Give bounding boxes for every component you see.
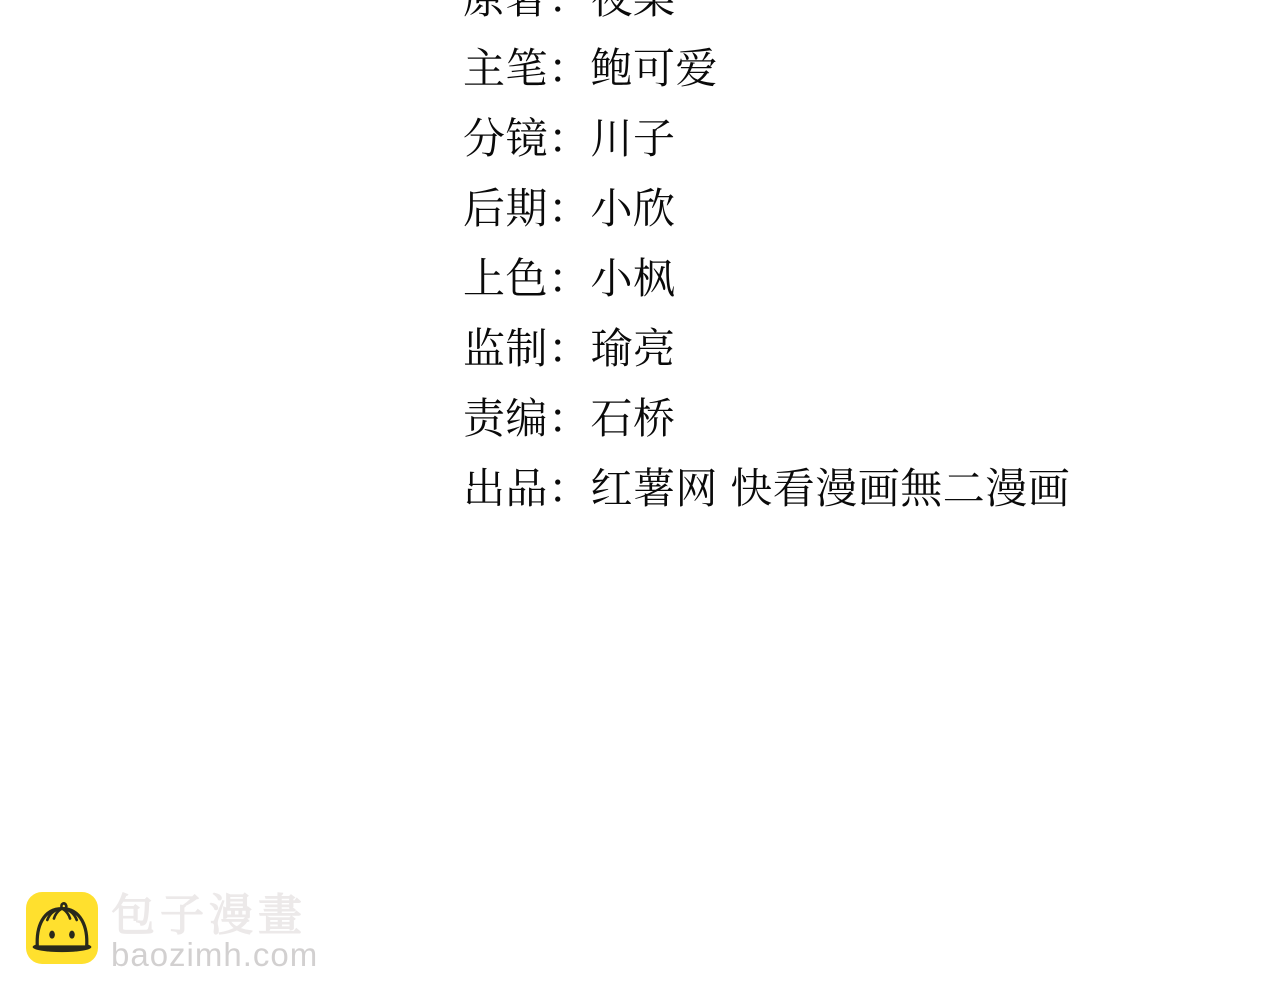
credit-name: 川子 [591, 106, 676, 166]
credit-name: 石桥 [591, 386, 676, 446]
watermark-site-name: 包子漫畫 [111, 892, 318, 939]
credit-label: 分镜 [463, 106, 548, 166]
credit-colon: ： [548, 456, 591, 516]
credit-row-producer: 出品：红薯网 快看漫画無二漫画 [463, 451, 1070, 521]
credit-name: 夜某 [591, 0, 676, 26]
credit-label: 上色 [463, 246, 548, 306]
credit-colon: ： [548, 0, 591, 26]
credit-colon: ： [548, 386, 591, 446]
credit-row-lead-artist: 主笔：鲍可爱 [463, 31, 1070, 101]
credit-row-original-author: 原著：夜某 [463, 0, 1070, 31]
credit-name: 瑜亮 [591, 316, 676, 376]
credit-colon: ： [548, 246, 591, 306]
baozimh-watermark: 包子漫畫 baozimh.com [26, 892, 318, 970]
comic-credits-page: 原著：夜某 主笔：鲍可爱 分镜：川子 后期：小欣 上色：小枫 监制：瑜亮 责编：… [0, 0, 1280, 999]
watermark-site-url: baozimh.com [111, 939, 318, 970]
credit-row-coloring: 上色：小枫 [463, 241, 1070, 311]
credit-colon: ： [548, 176, 591, 236]
credit-name: 红薯网 快看漫画無二漫画 [591, 456, 1071, 516]
credit-name: 小欣 [591, 176, 676, 236]
baozi-bun-icon [26, 892, 98, 964]
credit-label: 后期 [463, 176, 548, 236]
credit-name: 鲍可爱 [591, 36, 719, 96]
credit-label: 监制 [463, 316, 548, 376]
credit-colon: ： [548, 316, 591, 376]
credit-row-post-production: 后期：小欣 [463, 171, 1070, 241]
credit-label: 出品 [463, 456, 548, 516]
watermark-text: 包子漫畫 baozimh.com [111, 892, 318, 970]
credit-label: 责编 [463, 386, 548, 446]
credit-row-editor: 责编：石桥 [463, 381, 1070, 451]
credit-colon: ： [548, 106, 591, 166]
credit-label: 主笔 [463, 36, 548, 96]
credit-label: 原著 [463, 0, 548, 26]
credit-row-storyboard: 分镜：川子 [463, 101, 1070, 171]
credits-list: 原著：夜某 主笔：鲍可爱 分镜：川子 后期：小欣 上色：小枫 监制：瑜亮 责编：… [463, 0, 1070, 521]
credit-name: 小枫 [591, 246, 676, 306]
credit-row-supervisor: 监制：瑜亮 [463, 311, 1070, 381]
credit-colon: ： [548, 36, 591, 96]
